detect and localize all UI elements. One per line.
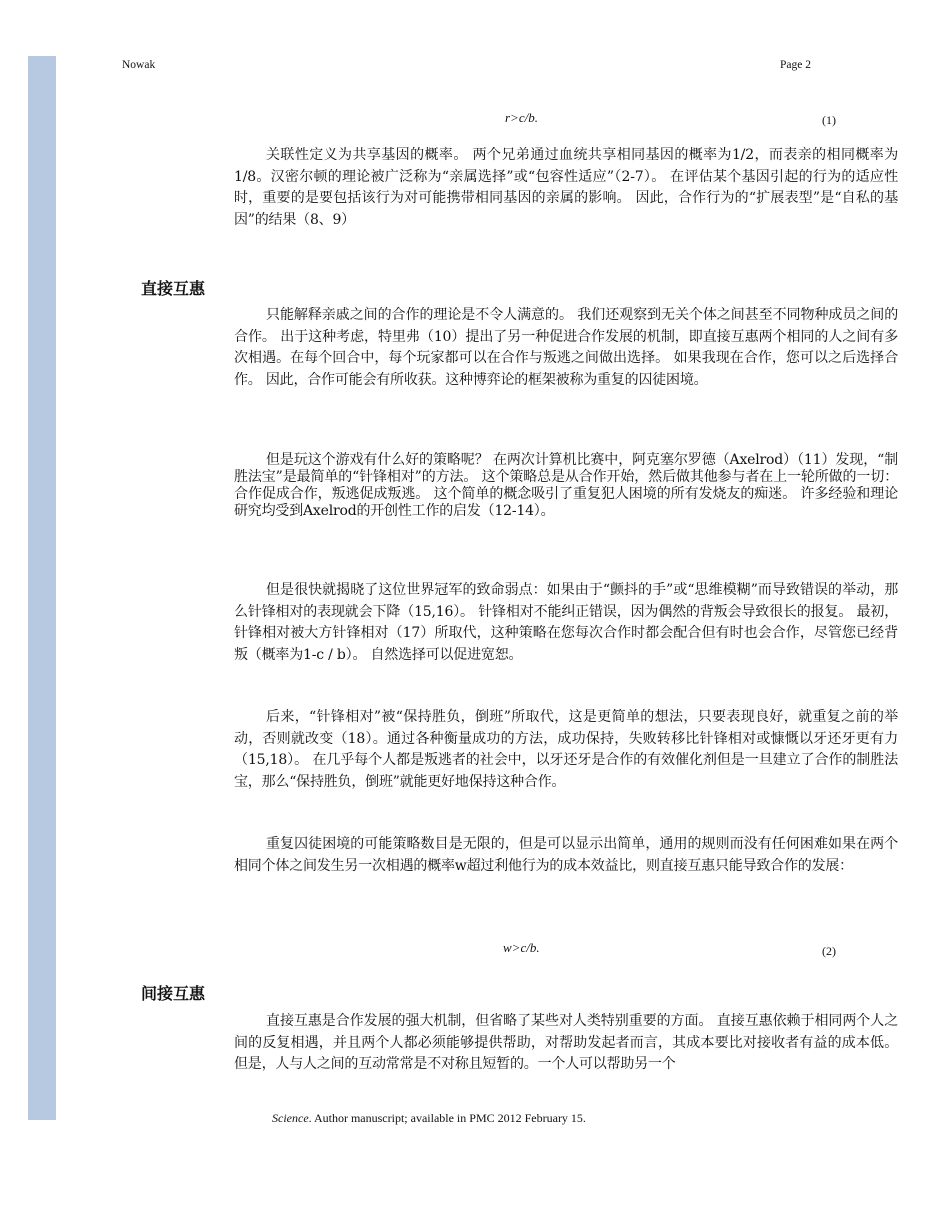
running-header-page-number: Page 2 xyxy=(780,59,811,71)
footer-journal: Science xyxy=(272,1111,309,1125)
equation-1: r>c/b. xyxy=(505,110,538,126)
direct-reciprocity-paragraph-1: 只能解释亲戚之间的合作的理论是不令人满意的。 我们还观察到无关个体之间甚至不同物… xyxy=(234,305,898,391)
equation-1-number: (1) xyxy=(822,113,836,128)
section-heading-direct-reciprocity: 直接互惠 xyxy=(141,276,205,299)
page-margin-bar xyxy=(28,56,56,1120)
equation-2-number: (2) xyxy=(822,944,836,959)
section-heading-indirect-reciprocity: 间接互惠 xyxy=(141,981,205,1004)
footer-text: . Author manuscript; available in PMC 20… xyxy=(309,1111,586,1125)
running-header-author: Nowak xyxy=(122,59,155,71)
direct-reciprocity-paragraph-2: 但是玩这个游戏有什么好的策略呢？ 在两次计算机比赛中，阿克塞尔罗德（Axelro… xyxy=(234,452,898,520)
page-footer: Science. Author manuscript; available in… xyxy=(272,1111,586,1126)
direct-reciprocity-paragraph-5: 重复囚徒困境的可能策略数目是无限的，但是可以显示出简单，通用的规则而没有任何困难… xyxy=(234,834,898,877)
direct-reciprocity-paragraph-3: 但是很快就揭晓了这位世界冠军的致命弱点：如果由于“颤抖的手”或“思维模糊”而导致… xyxy=(234,580,898,666)
indirect-reciprocity-paragraph-1: 直接互惠是合作发展的强大机制，但省略了某些对人类特别重要的方面。 直接互惠依赖于… xyxy=(234,1011,898,1076)
direct-reciprocity-paragraph-4: 后来，“针锋相对”被“保持胜负，倒班”所取代，这是更简单的想法，只要表现良好，就… xyxy=(234,707,898,793)
intro-paragraph: 关联性定义为共享基因的概率。 两个兄弟通过血统共享相同基因的概率为1/2，而表亲… xyxy=(234,145,898,231)
equation-2: w>c/b. xyxy=(503,940,540,956)
